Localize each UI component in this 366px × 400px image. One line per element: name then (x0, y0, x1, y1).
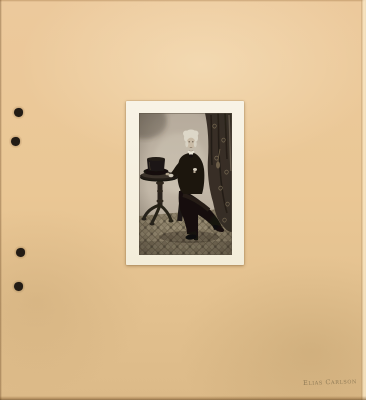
punch-hole (14, 108, 23, 117)
punch-hole (14, 282, 23, 291)
page-edge-left (0, 0, 2, 400)
page-edge-right (361, 0, 366, 400)
page-edge-bottom (0, 396, 366, 400)
caption-handwriting: Elias Carlson (303, 377, 363, 387)
punch-hole (11, 137, 20, 146)
punch-hole (16, 248, 25, 257)
photo-card (126, 101, 244, 265)
album-page: Elias Carlson (0, 0, 366, 400)
page-edge-top (0, 0, 366, 2)
photograph (139, 113, 232, 255)
